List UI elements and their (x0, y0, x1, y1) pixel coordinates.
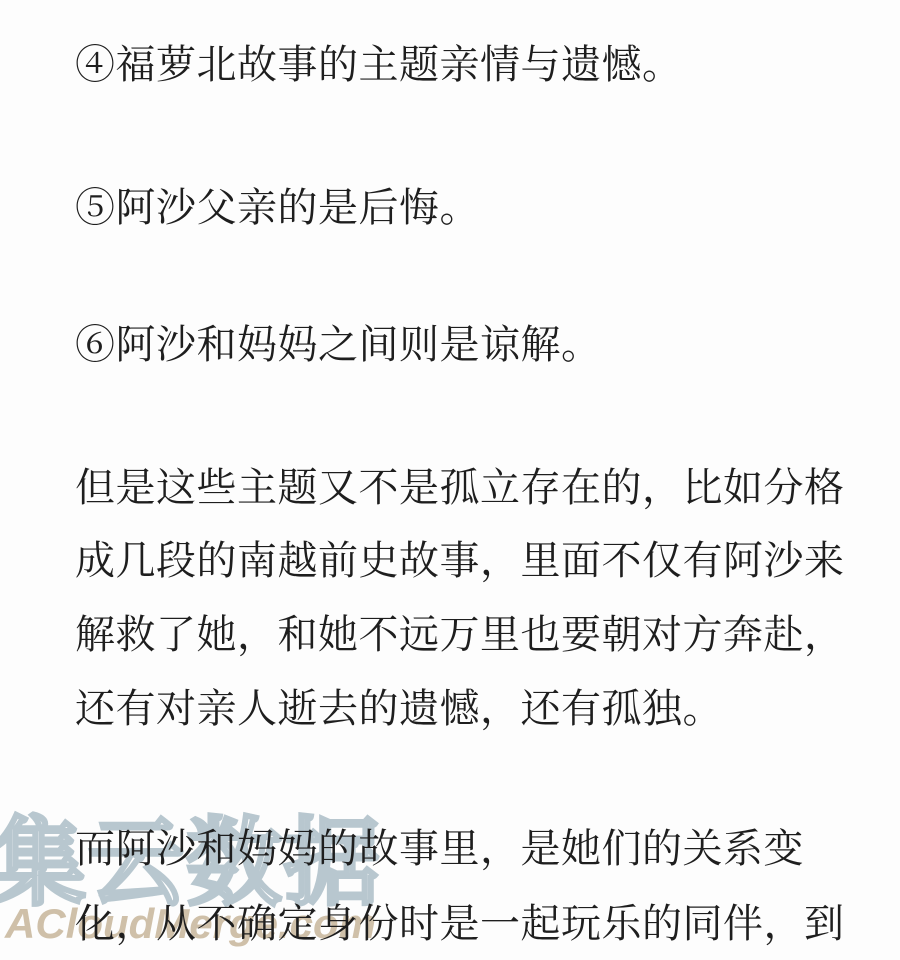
paragraph-1-line-3: 解救了她，和她不远万里也要朝对方奔赴， (75, 612, 845, 658)
paragraph-1-line-1: 但是这些主题又不是孤立存在的，比如分格 (75, 465, 845, 511)
numbered-point-4: ④福萝北故事的主题亲情与遗憾。 (75, 42, 683, 88)
paragraph-2-line-1: 而阿沙和妈妈的故事里，是她们的关系变 (75, 826, 804, 872)
numbered-point-5: ⑤阿沙父亲的是后悔。 (75, 185, 480, 231)
paragraph-1-line-2: 成几段的南越前史故事，里面不仅有阿沙来 (75, 538, 845, 584)
paragraph-2-line-2: 化，从不确定身份时是一起玩乐的同伴，到 (75, 901, 845, 947)
paragraph-1-line-4: 还有对亲人逝去的遗憾，还有孤独。 (75, 686, 723, 732)
numbered-point-6: ⑥阿沙和妈妈之间则是谅解。 (75, 322, 602, 368)
document-page: 集云数据 ACloudMerge.com ④福萝北故事的主题亲情与遗憾。 ⑤阿沙… (0, 0, 900, 960)
